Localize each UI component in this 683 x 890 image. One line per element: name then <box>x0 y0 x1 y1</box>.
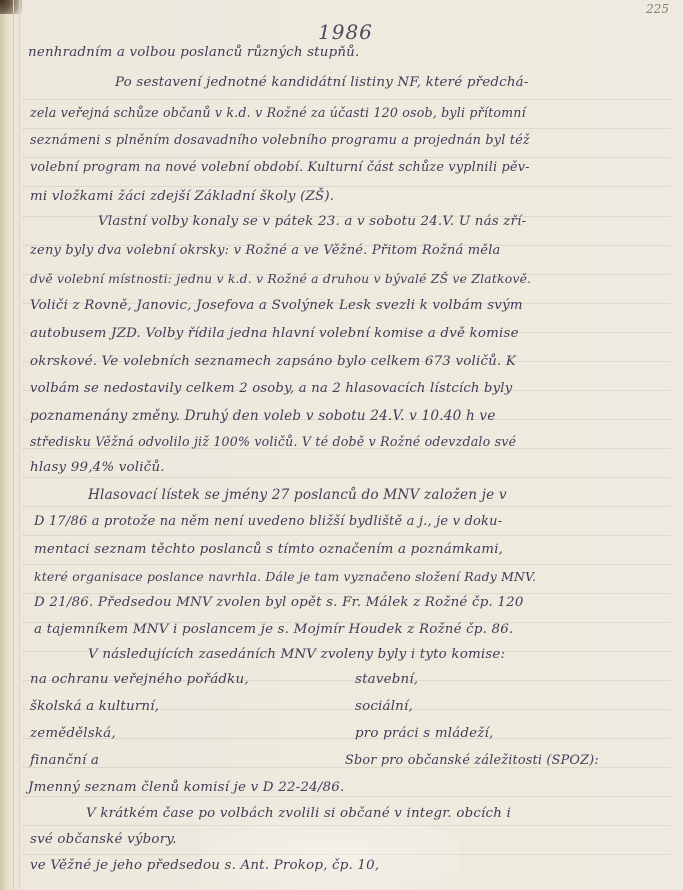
ruled-line <box>22 564 671 565</box>
text-line: své občanské výbory. <box>30 832 177 847</box>
text-line: které organisace poslance navrhla. Dále … <box>34 569 536 584</box>
commission-item: zemědělská, <box>30 726 116 741</box>
commission-item: školská a kulturní, <box>30 699 159 714</box>
ruled-line <box>22 157 671 158</box>
text-line: D 21/86. Předsedou MNV zvolen byl opět s… <box>34 595 524 610</box>
paper-highlight <box>200 820 460 890</box>
text-line: dvě volební místnosti: jednu v k.d. v Ro… <box>30 271 531 286</box>
text-line: zela veřejná schůze občanů v k.d. v Rožn… <box>30 105 526 120</box>
text-line: Hlasovací lístek se jmény 27 poslanců do… <box>88 487 507 503</box>
text-line: ve Věžné je jeho předsedou s. Ant. Proko… <box>30 858 379 873</box>
commission-item: sociální, <box>355 699 413 714</box>
text-line: mi vložkami žáci zdejší Základní školy (… <box>30 189 334 204</box>
text-line: mentaci seznam těchto poslanců s tímto o… <box>34 542 503 557</box>
year-heading: 1986 <box>318 20 373 44</box>
text-line: Jmenný seznam členů komisí je v D 22-24/… <box>28 780 344 795</box>
text-line: hlasy 99,4% voličů. <box>30 460 165 475</box>
ruled-line <box>22 535 671 536</box>
text-line: Po sestavení jednotné kandidátní listiny… <box>115 75 529 90</box>
text-line: V následujících zasedáních MNV zvoleny b… <box>88 647 505 662</box>
text-line: a tajemníkem MNV i poslancem je s. Mojmí… <box>34 622 513 637</box>
ruled-line <box>22 796 671 797</box>
ruled-line <box>22 477 671 478</box>
commission-item: Sbor pro občanské záležitosti (SPOZ): <box>345 753 599 768</box>
text-line: Voliči z Rovně, Janovic, Josefova a Svol… <box>30 298 523 313</box>
ruled-line <box>22 186 671 187</box>
text-line: volební program na nové volební období. … <box>30 160 530 175</box>
text-line: seznámeni s plněním dosavadního volebníh… <box>30 133 530 148</box>
binding-edge-inner <box>19 0 20 890</box>
text-line: Vlastní volby konaly se v pátek 23. a v … <box>98 214 526 229</box>
text-line: středisku Věžná odvolilo již 100% voličů… <box>30 434 516 449</box>
binding-edge <box>13 0 14 890</box>
ruled-line <box>22 506 671 507</box>
text-line: nenhradním a volbou poslanců různých stu… <box>28 45 359 60</box>
commission-item: stavební, <box>355 672 418 687</box>
ruled-line <box>22 99 671 100</box>
document-page: 225 1986 nenhradním a volbou poslanců rů… <box>0 0 683 890</box>
text-line: okrskové. Ve volebních seznamech zapsáno… <box>30 354 516 369</box>
commission-item: na ochranu veřejného pořádku, <box>30 672 249 687</box>
text-line: D 17/86 a protože na něm není uvedeno bl… <box>34 514 502 529</box>
ruled-line <box>22 593 671 594</box>
ruled-line <box>22 128 671 129</box>
ruled-line <box>22 738 671 739</box>
commission-item: pro práci s mládeží, <box>355 726 493 741</box>
text-line: autobusem JZD. Volby řídila jedna hlavní… <box>30 326 519 341</box>
commission-item: finanční a <box>30 753 99 768</box>
text-line: volbám se nedostavily celkem 2 osoby, a … <box>30 381 512 396</box>
page-number: 225 <box>646 2 669 16</box>
text-line: poznamenány změny. Druhý den voleb v sob… <box>30 408 496 424</box>
text-line: zeny byly dva volební okrsky: v Rožné a … <box>30 243 501 258</box>
text-line: V krátkém čase po volbách zvolili si obč… <box>86 806 511 821</box>
